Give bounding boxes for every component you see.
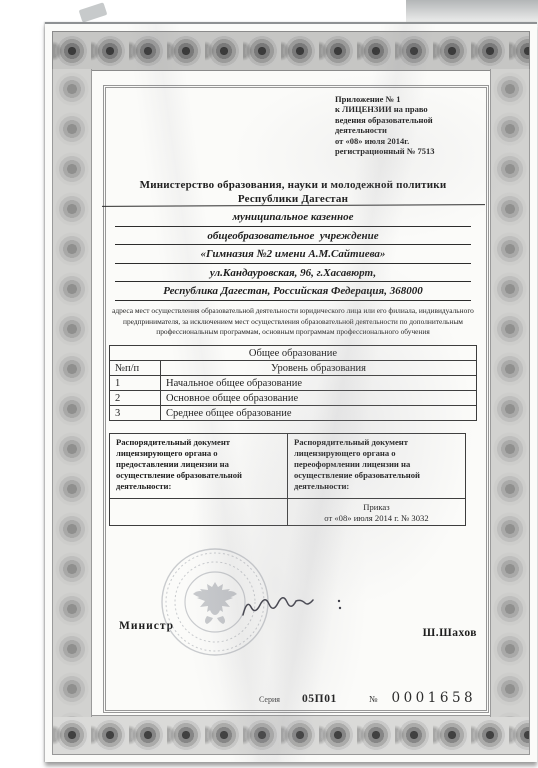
series-label: Серия	[259, 695, 280, 704]
annex-header-block: Приложение № 1 к ЛИЦЕНЗИИ на право веден…	[335, 94, 477, 156]
ornate-border-top	[52, 31, 530, 71]
column-header-level: Уровень образования	[161, 361, 477, 376]
table-row: 2 Основное общее образование	[110, 391, 477, 406]
annex-line: к ЛИЦЕНЗИИ на право	[335, 104, 477, 114]
order-title: Приказ	[289, 502, 464, 513]
license-annex-document: Приложение № 1 к ЛИЦЕНЗИИ на право веден…	[45, 22, 537, 762]
signer-name: Ш.Шахов	[423, 627, 477, 639]
ministry-heading-line1: Министерство образования, науки и молоде…	[109, 178, 477, 192]
series-value: 05П01	[302, 693, 337, 705]
organization-line: «Гимназия №2 имени А.М.Сайтиева»	[115, 248, 472, 264]
order-grant-header-cell: Распорядительный документ лицензирующего…	[110, 434, 288, 499]
organization-line: муниципальное казенное	[115, 211, 472, 227]
table-row: 1 Начальное общее образование	[110, 376, 477, 391]
organization-line: Республика Дагестан, Российская Федераци…	[115, 285, 472, 301]
minister-signature	[239, 591, 355, 623]
order-reissue-value-cell: Приказ от «08» июля 2014 г. № 3032	[287, 499, 465, 526]
annex-line: ведения образовательной	[335, 115, 477, 125]
annex-line: от «08» июля 2014г.	[335, 136, 477, 146]
number-sign: №	[369, 694, 378, 704]
license-orders-table: Распорядительный документ лицензирующего…	[109, 433, 466, 526]
document-number: 0001658	[392, 690, 477, 706]
table-row: 3 Среднее общее образование	[110, 406, 477, 421]
address-note: адреса мест осуществления образовательно…	[109, 306, 477, 338]
row-number-cell: 2	[110, 391, 161, 406]
double-headed-eagle-icon	[193, 582, 237, 624]
order-details: от «08» июля 2014 г. № 3032	[289, 513, 464, 524]
organization-line: общеобразовательное учреждение	[115, 230, 472, 246]
scanner-mark-top-left	[79, 2, 108, 22]
organization-block: муниципальное казенное общеобразовательн…	[109, 211, 477, 301]
organization-line: ул.Кандауровская, 96, г.Хасавюрт,	[115, 267, 472, 283]
table-group-header-row: Общее образование	[110, 346, 477, 361]
orders-header-row: Распорядительный документ лицензирующего…	[110, 434, 466, 499]
row-number-cell: 3	[110, 406, 161, 421]
ornate-border-bottom	[52, 715, 530, 755]
series-row: Серия 05П01 № 0001658	[109, 690, 477, 706]
signature-scribble-icon	[239, 591, 355, 623]
group-header-cell: Общее образование	[110, 346, 477, 361]
row-level-cell: Начальное общее образование	[161, 376, 477, 391]
row-number-cell: 1	[110, 376, 161, 391]
table-header-row: №п/п Уровень образования	[110, 361, 477, 376]
column-header-number: №п/п	[110, 361, 161, 376]
ornate-border-left	[52, 69, 92, 717]
annex-line: Приложение № 1	[335, 94, 477, 104]
ornate-border-right	[490, 69, 530, 717]
row-level-cell: Основное общее образование	[161, 391, 477, 406]
education-levels-table: Общее образование №п/п Уровень образован…	[109, 345, 477, 421]
row-level-cell: Среднее общее образование	[161, 406, 477, 421]
order-grant-value-cell	[110, 499, 288, 526]
order-reissue-header-cell: Распорядительный документ лицензирующего…	[287, 434, 465, 499]
orders-value-row: Приказ от «08» июля 2014 г. № 3032	[110, 499, 466, 526]
annex-line: регистрационный № 7513	[335, 146, 477, 156]
annex-line: деятельности	[335, 125, 477, 135]
ministry-heading: Министерство образования, науки и молоде…	[109, 178, 477, 206]
